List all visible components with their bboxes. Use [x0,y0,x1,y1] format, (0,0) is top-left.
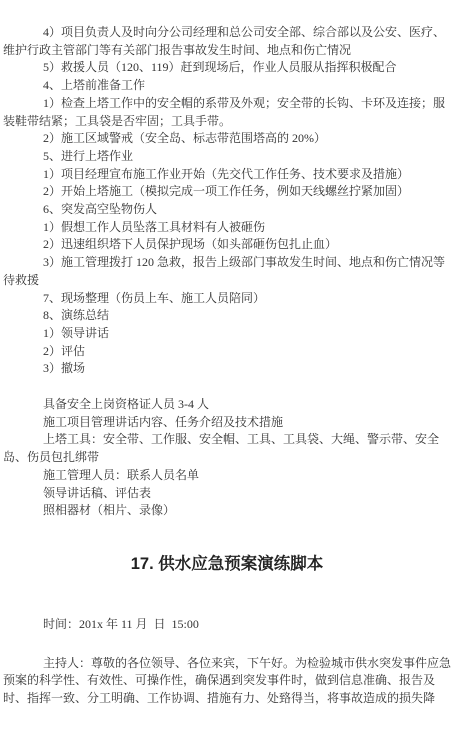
text-line: 2）施工区域警戒（安全岛、标志带范围塔高的 20%） [3,130,451,148]
text-line: 5）救援人员（120、119）赶到现场后，作业人员服从指挥积极配合 [3,59,451,77]
text-line: 2）开始上塔施工（模拟完成一项工作任务，例如天线螺丝拧紧加固） [3,183,451,201]
text-line: 领导讲话稿、评估表 [3,485,451,503]
text-line: 4、上塔前准备工作 [3,77,451,95]
document-page: 4）项目负责人及时向分公司经理和总公司安全部、综合部以及公安、医疗、维护行政主管… [0,0,453,749]
text-line: 2）迅速组织塔下人员保护现场（如头部砸伤包扎止血） [3,236,451,254]
drill-script-list: 4）项目负责人及时向分公司经理和总公司安全部、综合部以及公安、医疗、维护行政主管… [3,24,451,378]
text-line: 主持人：尊敬的各位领导、各位来宾，下午好。为检验城市供水突发事件应急 [3,655,451,673]
text-line: 3）撤场 [3,360,451,378]
text-line: 预案的科学性、有效性、可操作性，确保遇到突发事件时，做到信息准确、报告及 [3,672,451,690]
document-text-column: 4）项目负责人及时向分公司经理和总公司安全部、综合部以及公安、医疗、维护行政主管… [0,0,453,708]
text-line: 8、演练总结 [3,307,451,325]
text-line: 施工管理人员：联系人员名单 [3,467,451,485]
text-line: 5、进行上塔作业 [3,148,451,166]
text-line: 时、指挥一致、分工明确、工作协调、措施有力、处臵得当，将事故造成的损失降 [3,690,451,708]
text-line: 上塔工具：安全带、工作服、安全帽、工具、工具袋、大绳、警示带、安全 [3,431,451,449]
text-line: 施工项目管理讲话内容、任务介绍及技术措施 [3,414,451,432]
text-line: 4）项目负责人及时向分公司经理和总公司安全部、综合部以及公安、医疗、 [3,24,451,42]
text-line: 1）项目经理宣布施工作业开始（先交代工作任务、技术要求及措施） [3,166,451,184]
host-speech-paragraph: 主持人：尊敬的各位领导、各位来宾，下午好。为检验城市供水突发事件应急预案的科学性… [3,655,451,708]
text-line: 6、突发高空坠物伤人 [3,201,451,219]
materials-list: 具备安全上岗资格证人员 3-4 人施工项目管理讲话内容、任务介绍及技术措施上塔工… [3,396,451,520]
text-line: 7、现场整理（伤员上车、施工人员陪同） [3,290,451,308]
section-17-heading: 17. 供水应急预案演练脚本 [3,552,451,576]
drill-time-line: 时间：201x 年 11 月 日 15:00 [3,616,451,634]
text-line: 待救援 [3,272,451,290]
text-line: 具备安全上岗资格证人员 3-4 人 [3,396,451,414]
text-line: 1）领导讲话 [3,325,451,343]
text-line: 2）评估 [3,343,451,361]
text-line: 照相器材（相片、录像） [3,502,451,520]
drill-time-block: 时间：201x 年 11 月 日 15:00 [3,616,451,634]
text-line: 维护行政主管部门等有关部门报告事故发生时间、地点和伤亡情况 [3,42,451,60]
text-line: 装鞋带结紧；工具袋是否牢固；工具手带。 [3,113,451,131]
text-line: 岛、伤员包扎绑带 [3,449,451,467]
text-line: 1）检查上塔工作中的安全帽的系带及外观；安全带的长钩、卡环及连接；服 [3,95,451,113]
text-line: 3）施工管理拨打 120 急救，报告上级部门事故发生时间、地点和伤亡情况等 [3,254,451,272]
text-line: 1）假想工作人员坠落工具材料有人被砸伤 [3,219,451,237]
